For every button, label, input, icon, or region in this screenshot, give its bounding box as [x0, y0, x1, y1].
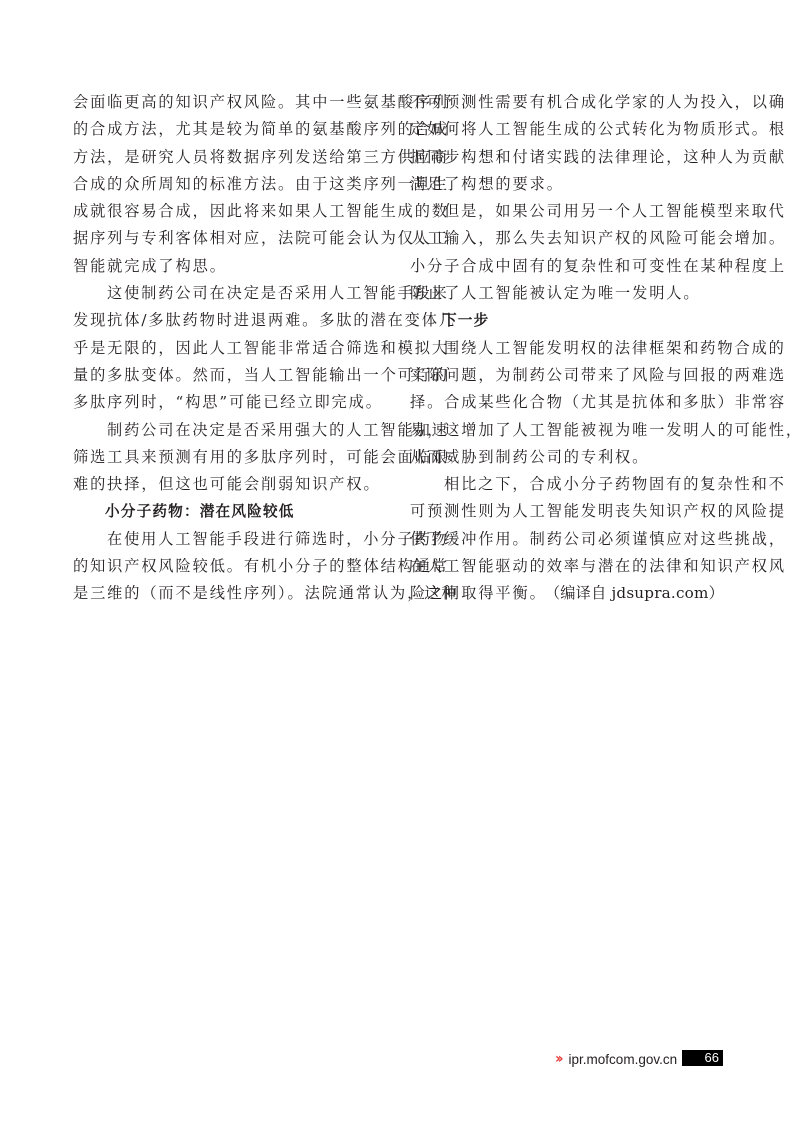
source-note: （编译自 jdsupra.com）: [545, 580, 724, 607]
paragraph-line: 满足了构想的要求。: [410, 171, 724, 198]
section-heading-next-steps: 下一步: [410, 307, 724, 334]
paragraph-line: 合成的众所周知的标准方法。由于这类序列一旦生: [73, 171, 387, 198]
page-footer: ›› ipr.mofcom.gov.cn: [555, 1050, 677, 1068]
paragraph-line: 会面临更高的知识产权风险。其中一些氨基酸序列: [73, 89, 387, 116]
paragraph-line: 筛选工具来预测有用的多肽序列时，可能会面临艰: [73, 444, 387, 471]
article-left-column: 会面临更高的知识产权风险。其中一些氨基酸序列 的合成方法，尤其是较为简单的氨基酸…: [73, 89, 387, 608]
paragraph-line: 这使制药公司在决定是否采用人工智能手段来: [73, 280, 387, 307]
article-right-column: 不可预测性需要有机合成化学家的人为投入，以确 定如何将人工智能生成的公式转化为物…: [410, 89, 724, 608]
paragraph-line: 乎是无限的，因此人工智能非常适合筛选和模拟大: [73, 335, 387, 362]
paragraph-line: 围绕人工智能发明权的法律框架和药物合成的: [410, 335, 724, 362]
paragraph-line: 供了缓冲作用。制药公司必须谨慎应对这些挑战，: [410, 526, 724, 553]
section-heading-small-molecule: 小分子药物：潜在风险较低: [73, 498, 387, 525]
paragraph-line: 成就很容易合成，因此将来如果人工智能生成的数: [73, 198, 387, 225]
paragraph-line: 的合成方法，尤其是较为简单的氨基酸序列的合成: [73, 116, 387, 143]
paragraph-line: 的知识产权风险较低。有机小分子的整体结构通常: [73, 553, 387, 580]
paragraph-line: 易，这增加了人工智能被视为唯一发明人的可能性，: [410, 417, 724, 444]
page-number: 66: [682, 1050, 723, 1066]
paragraph-line: 据序列与专利客体相对应，法院可能会认为仅人工: [73, 225, 387, 252]
paragraph-line: 相比之下，合成小分子药物固有的复杂性和不: [410, 471, 724, 498]
paragraph-line: 实际问题，为制药公司带来了风险与回报的两难选: [410, 362, 724, 389]
double-chevron-icon: ››: [555, 1051, 561, 1067]
paragraph-line: 不可预测性需要有机合成化学家的人为投入，以确: [410, 89, 724, 116]
paragraph-line: 从而威胁到制药公司的专利权。: [410, 444, 724, 471]
paragraph-line: 量的多肽变体。然而，当人工智能输出一个可行的: [73, 362, 387, 389]
paragraph-line: 在人工智能驱动的效率与潜在的法律和知识产权风: [410, 553, 724, 580]
paragraph-line: 智能就完成了构思。: [73, 253, 387, 280]
paragraph-line: 难的抉择，但这也可能会削弱知识产权。: [73, 471, 387, 498]
paragraph-line: 制药公司在决定是否采用强大的人工智能加速: [73, 417, 387, 444]
footer-site-link[interactable]: ipr.mofcom.gov.cn: [569, 1052, 678, 1067]
paragraph-line: 据同步构想和付诸实践的法律理论，这种人为贡献: [410, 144, 724, 171]
paragraph-line-text: 险之间取得平衡。: [410, 584, 547, 602]
paragraph-line: 人工输入，那么失去知识产权的风险可能会增加。: [410, 225, 724, 252]
paragraph-line: 定如何将人工智能生成的公式转化为物质形式。根: [410, 116, 724, 143]
paragraph-line: 在使用人工智能手段进行筛选时，小分子药物: [73, 526, 387, 553]
paragraph-line: 可预测性则为人工智能发明丧失知识产权的风险提: [410, 498, 724, 525]
paragraph-line: 防止了人工智能被认定为唯一发明人。: [410, 280, 724, 307]
paragraph-line: 发现抗体/多肽药物时进退两难。多肽的潜在变体几: [73, 307, 387, 334]
paragraph-line: 小分子合成中固有的复杂性和可变性在某种程度上: [410, 253, 724, 280]
paragraph-line: 择。合成某些化合物（尤其是抗体和多肽）非常容: [410, 389, 724, 416]
final-paragraph-line: 险之间取得平衡。 （编译自 jdsupra.com）: [410, 580, 724, 607]
paragraph-line: 方法，是研究人员将数据序列发送给第三方供应商: [73, 144, 387, 171]
paragraph-line: 多肽序列时，“构思”可能已经立即完成。: [73, 389, 387, 416]
paragraph-line: 是三维的（而不是线性序列）。法院通常认为，这种: [73, 580, 387, 607]
paragraph-line: 但是，如果公司用另一个人工智能模型来取代: [410, 198, 724, 225]
